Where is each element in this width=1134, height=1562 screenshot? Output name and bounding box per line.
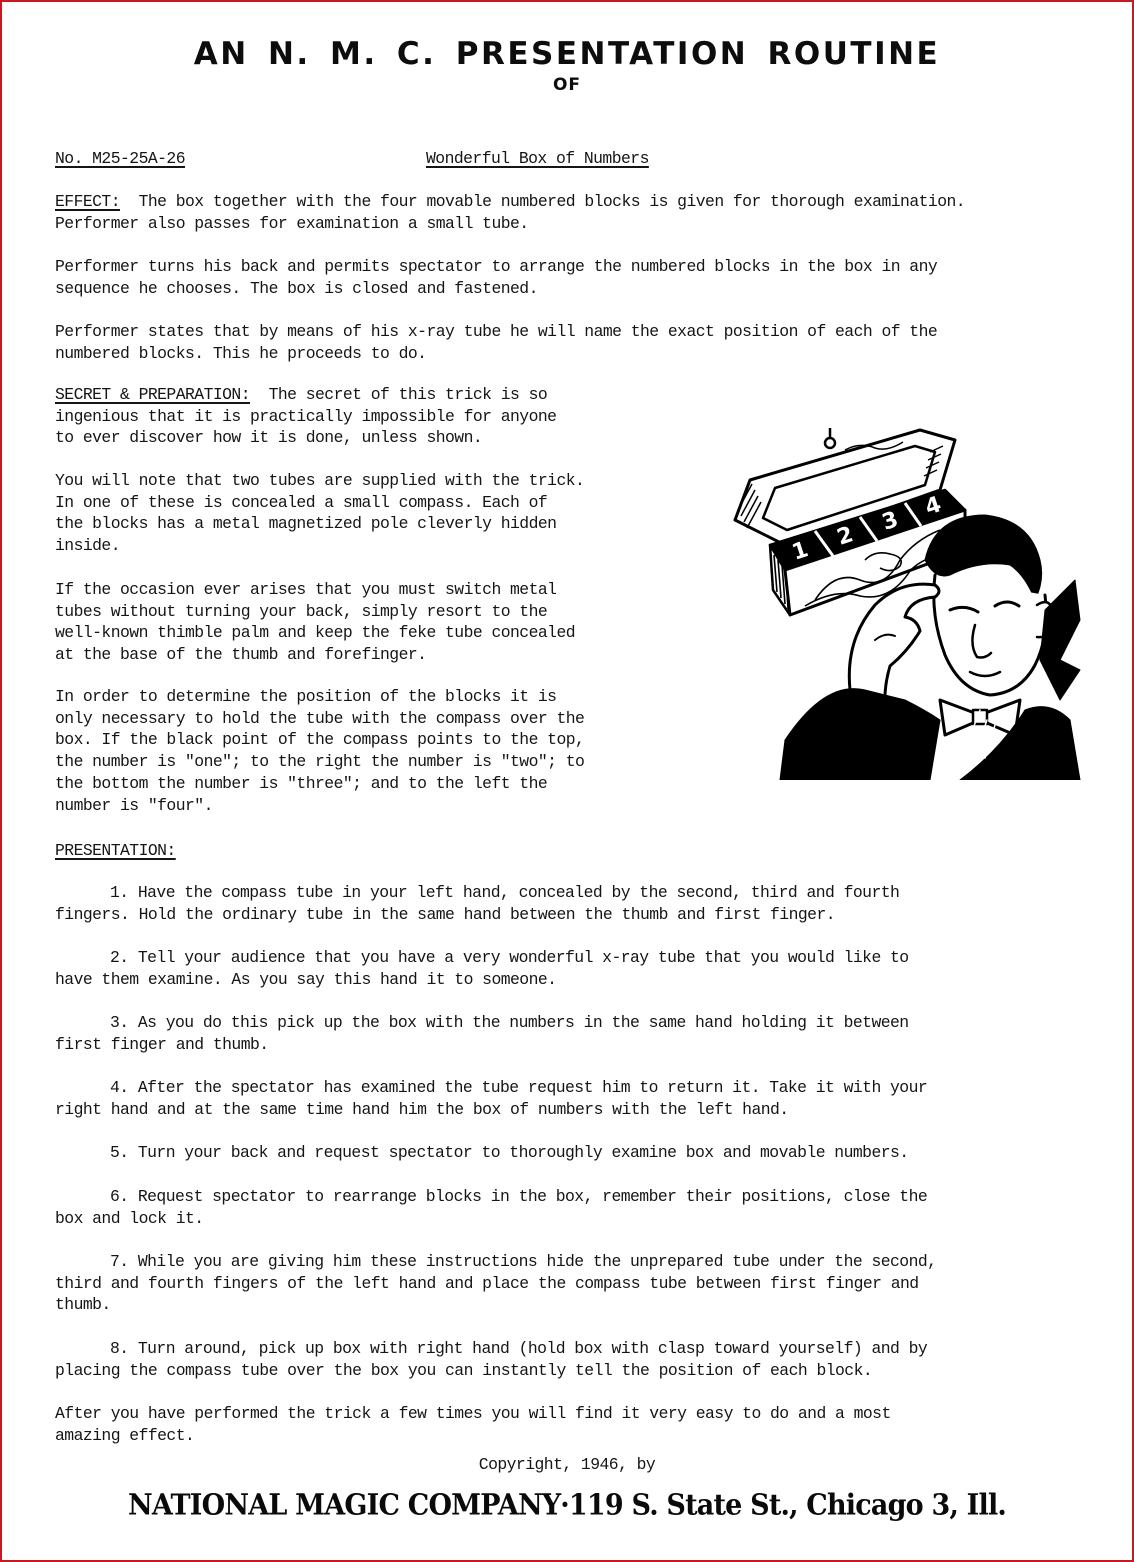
presentation-step: 8. Turn around, pick up box with right h… [55, 1338, 927, 1381]
step-first-line: 6. Request spectator to rearrange blocks… [55, 1186, 927, 1208]
step-first-line: 2. Tell your audience that you have a ve… [55, 947, 909, 969]
svg-text:MANNE: MANNE [865, 755, 899, 764]
text-line: The secret of this trick is so [269, 385, 548, 404]
effect-paragraph-3: Performer states that by means of his x-… [55, 321, 937, 364]
text-line: Performer turns his back and permits spe… [55, 256, 937, 278]
text-line: You will note that two tubes are supplie… [55, 470, 584, 492]
effect-section: EFFECT: The box together with the four m… [55, 191, 965, 234]
step-line: placing the compass tube over the box yo… [55, 1360, 927, 1382]
secret-section: SECRET & PREPARATION: The secret of this… [55, 384, 556, 449]
magician-illustration: 1 2 3 4 MANNE N.M.Co. [725, 410, 1085, 780]
routine-title: Wonderful Box of Numbers [426, 148, 649, 170]
presentation-step: 6. Request spectator to rearrange blocks… [55, 1186, 927, 1229]
copyright-notice: Copyright, 1946, by [0, 1454, 1134, 1476]
presentation-heading: PRESENTATION: [55, 840, 176, 862]
text-line: at the base of the thumb and forefinger. [55, 644, 575, 666]
text-line: In one of these is concealed a small com… [55, 492, 584, 514]
presentation-step: 2. Tell your audience that you have a ve… [55, 947, 909, 990]
step-first-line: 5. Turn your back and request spectator … [55, 1142, 909, 1164]
step-line: box and lock it. [55, 1208, 927, 1230]
text-line: tubes without turning your back, simply … [55, 601, 575, 623]
effect-text-line: Performer also passes for examination a … [55, 213, 965, 235]
text-line: numbered blocks. This he proceeds to do. [55, 343, 937, 365]
step-line: first finger and thumb. [55, 1034, 909, 1056]
effect-label: EFFECT: [55, 192, 120, 211]
closing-paragraph: After you have performed the trick a few… [55, 1403, 891, 1446]
step-first-line: 7. While you are giving him these instru… [55, 1251, 936, 1273]
presentation-step: 5. Turn your back and request spectator … [55, 1142, 909, 1164]
text-line: Performer states that by means of his x-… [55, 321, 937, 343]
effect-paragraph-2: Performer turns his back and permits spe… [55, 256, 937, 299]
step-line: third and fourth fingers of the left han… [55, 1273, 936, 1295]
text-line: well-known thimble palm and keep the fek… [55, 622, 575, 644]
step-line: right hand and at the same time hand him… [55, 1099, 927, 1121]
text-line: to ever discover how it is done, unless … [55, 427, 556, 449]
text-line: box. If the black point of the compass p… [55, 729, 584, 751]
presentation-step: 7. While you are giving him these instru… [55, 1251, 936, 1316]
step-line: thumb. [55, 1294, 936, 1316]
step-first-line: 8. Turn around, pick up box with right h… [55, 1338, 927, 1360]
text-line: inside. [55, 535, 584, 557]
page-subtitle: OF [0, 75, 1134, 95]
document-number: No. M25-25A-26 [55, 148, 185, 170]
text-line: the blocks has a metal magnetized pole c… [55, 513, 584, 535]
svg-text:N.M.Co.: N.M.Co. [868, 764, 903, 773]
step-line: have them examine. As you say this hand … [55, 969, 909, 991]
secret-paragraph-2: You will note that two tubes are supplie… [55, 470, 584, 557]
presentation-step: 4. After the spectator has examined the … [55, 1077, 927, 1120]
text-line: number is "four". [55, 795, 584, 817]
step-first-line: 3. As you do this pick up the box with t… [55, 1012, 909, 1034]
step-line: fingers. Hold the ordinary tube in the s… [55, 904, 899, 926]
secret-paragraph-3: If the occasion ever arises that you mus… [55, 579, 575, 666]
presentation-step: 1. Have the compass tube in your left ha… [55, 882, 899, 925]
page-title: AN N. M. C. PRESENTATION ROUTINE [0, 36, 1134, 72]
text-line: only necessary to hold the tube with the… [55, 708, 584, 730]
secret-paragraph-4: In order to determine the position of th… [55, 686, 584, 816]
text-line: In order to determine the position of th… [55, 686, 584, 708]
text-line: amazing effect. [55, 1425, 891, 1447]
company-address: NATIONAL MAGIC COMPANY·119 S. State St.,… [0, 1489, 1134, 1522]
effect-text-line: The box together with the four movable n… [139, 192, 965, 211]
text-line: the bottom the number is "three"; and to… [55, 773, 584, 795]
step-first-line: 1. Have the compass tube in your left ha… [55, 882, 899, 904]
secret-label: SECRET & PREPARATION: [55, 385, 250, 404]
text-line: sequence he chooses. The box is closed a… [55, 278, 937, 300]
text-line: If the occasion ever arises that you mus… [55, 579, 575, 601]
step-first-line: 4. After the spectator has examined the … [55, 1077, 927, 1099]
text-line: the number is "one"; to the right the nu… [55, 751, 584, 773]
presentation-label: PRESENTATION: [55, 840, 176, 862]
text-line: ingenious that it is practically impossi… [55, 406, 556, 428]
presentation-step: 3. As you do this pick up the box with t… [55, 1012, 909, 1055]
text-line: After you have performed the trick a few… [55, 1403, 891, 1425]
